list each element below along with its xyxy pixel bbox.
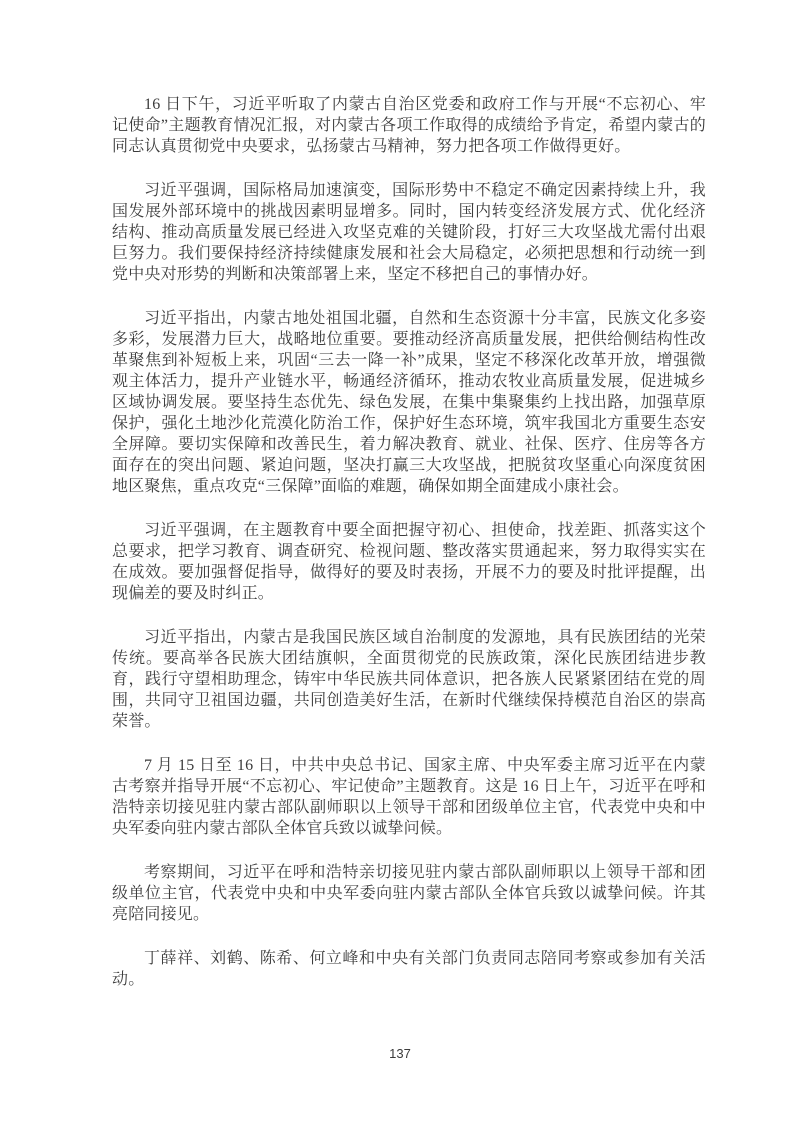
paragraph: 习近平指出，内蒙古是我国民族区域自治制度的发源地，具有民族团结的光荣传统。要高举… [112,627,706,732]
paragraph: 习近平指出，内蒙古地处祖国北疆，自然和生态资源十分丰富，民族文化多姿多彩，发展潜… [112,308,706,497]
paragraph: 7 月 15 日至 16 日，中共中央总书记、国家主席、中央军委主席习近平在内蒙… [112,755,706,839]
document-body: 16 日下午，习近平听取了内蒙古自治区党委和政府工作与开展“不忘初心、牢记使命”… [112,94,706,1013]
paragraph: 习近平强调，在主题教育中要全面把握守初心、担使命，找差距、抓落实这个总要求，把学… [112,520,706,604]
page-number: 137 [0,1046,800,1061]
paragraph: 丁薛祥、刘鹤、陈希、何立峰和中央有关部门负责同志陪同考察或参加有关活动。 [112,948,706,990]
paragraph: 考察期间，习近平在呼和浩特亲切接见驻内蒙古部队副师职以上领导干部和团级单位主官，… [112,862,706,925]
paragraph: 16 日下午，习近平听取了内蒙古自治区党委和政府工作与开展“不忘初心、牢记使命”… [112,94,706,157]
paragraph: 习近平强调，国际格局加速演变，国际形势中不稳定不确定因素持续上升，我国发展外部环… [112,180,706,285]
document-page: 16 日下午，习近平听取了内蒙古自治区党委和政府工作与开展“不忘初心、牢记使命”… [0,0,800,1133]
